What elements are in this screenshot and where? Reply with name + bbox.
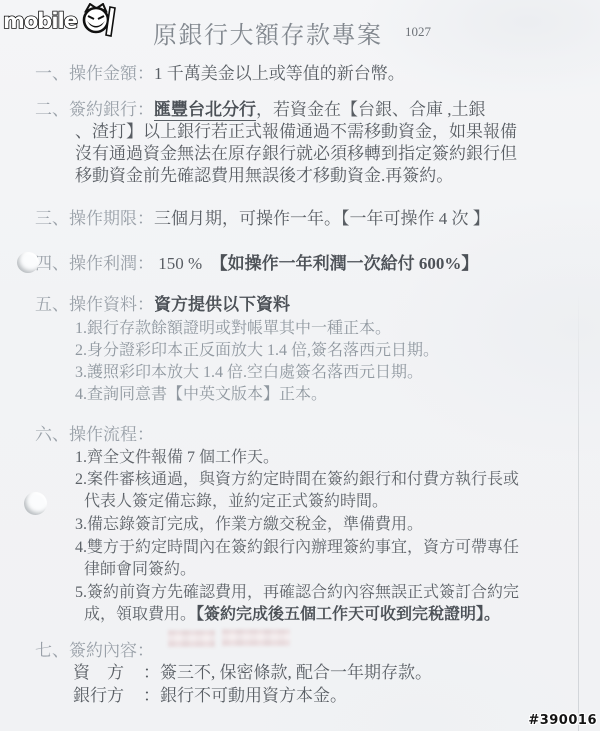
section-7-investor-label: 資 方 xyxy=(73,663,143,683)
mobile01-mascot-icon xyxy=(84,4,115,36)
section-6-step-5-line2: 成，領取費用。【簽約完成後五個工作天可收到完稅證明】。 xyxy=(84,605,500,625)
section-6-step-2-line2: 代表人簽定備忘錄，並約定正式簽約時間。 xyxy=(84,492,388,512)
section-5-intro: 資方提供以下資料 xyxy=(154,295,290,314)
section-7-row-investor: 資 方：簽三不, 保密條款, 配合一年期存款。 xyxy=(73,663,432,683)
section-6-tax-certificate-note: 【簽約完成後五個工作天可收到完稅證明】。 xyxy=(196,606,500,623)
redaction-mosaic-right xyxy=(222,629,290,646)
section-3-operation-period: 三、操作期限：三個月期，可操作一年。【一年可操作 4 次 】 xyxy=(35,209,490,229)
section-6-step-1: 1.齊全文件報備 7 個工作天。 xyxy=(75,448,279,468)
section-5-item-2: 2.身分證彩印本正反面放大 1.4 倍,簽名落西元日期。 xyxy=(75,341,439,361)
mobile01-logo: mobile xyxy=(2,3,120,42)
section-6-heading: 六、操作流程： xyxy=(35,425,154,444)
section-1-content: 1 千萬美金以上或等值的新台幣。 xyxy=(154,64,405,83)
section-2-heading: 二、簽約銀行： xyxy=(35,100,154,119)
section-6-step-3: 3.備忘錄簽訂完成，作業方繳交稅金，準備費用。 xyxy=(75,515,423,535)
section-2-line1-rest: ，若資金在【台銀、合庫 ,土銀 xyxy=(256,100,486,119)
section-5-item-3: 3.護照彩印本放大 1.4 倍.空白處簽名落西元日期。 xyxy=(75,363,423,383)
section-6-operation-process: 六、操作流程： xyxy=(35,425,154,445)
punch-hole-top xyxy=(17,252,39,273)
section-7-heading: 七、簽約內容： xyxy=(35,641,154,660)
section-5-operation-documents: 五、操作資料：資方提供以下資料 xyxy=(35,295,290,315)
scanned-document-page: mobile 原銀行大額存款專案 1027 一、操作金額：1 千萬美金以上或等值… xyxy=(0,0,600,731)
section-2-signing-bank-line1: 二、簽約銀行：匯豐台北分行，若資金在【台銀、合庫 ,土銀 xyxy=(35,100,486,120)
section-4-heading: 四、操作利潤： xyxy=(35,254,154,273)
document-title: 原銀行大額存款專案 xyxy=(153,15,383,50)
section-6-step-2-line1: 2.案件審核通過，與資方約定時間在簽約銀行和付費方執行長或 xyxy=(75,470,519,490)
section-2-bank-name: 匯豐台北分行 xyxy=(154,100,256,121)
section-3-heading: 三、操作期限： xyxy=(35,209,154,228)
section-1-operation-amount: 一、操作金額：1 千萬美金以上或等值的新台幣。 xyxy=(35,64,405,84)
section-3-content: 三個月期，可操作一年。【一年可操作 4 次 】 xyxy=(154,209,490,228)
section-7-row-bank: 銀行方：銀行不可動用資方本金。 xyxy=(73,686,347,706)
section-2-line3: 沒有通過資金無法在原存銀行就必須移轉到指定簽約銀行但 xyxy=(75,144,517,164)
section-4-operation-profit: 四、操作利潤： 150 % 【如操作一年利潤一次給付 600%】 xyxy=(35,254,478,274)
section-7-bank-terms: ：銀行不可動用資方本金。 xyxy=(143,686,347,705)
section-4-bracket-note: 【如操作一年利潤一次給付 600%】 xyxy=(211,254,479,273)
section-7-bank-label: 銀行方 xyxy=(73,686,143,706)
punch-hole-bottom xyxy=(24,492,47,515)
section-2-line4: 移動資金前先確認費用無誤後才移動資金.再簽約。 xyxy=(75,166,453,186)
section-1-heading: 一、操作金額： xyxy=(35,64,154,83)
section-5-item-4: 4.查詢同意書【中英文版本】正本。 xyxy=(75,385,327,405)
section-6-step-4-line1: 4.雙方于約定時間內在簽約銀行內辦理簽約事宜，資方可帶專任 xyxy=(75,538,519,558)
section-6-step-4-line2: 律師會同簽約。 xyxy=(84,560,196,580)
section-5-heading: 五、操作資料： xyxy=(35,295,154,314)
section-4-content: 150 % xyxy=(154,254,211,273)
section-6-step-5-line1: 5.簽約前資方先確認費用，再確認合約內容無誤正式簽訂合約完 xyxy=(75,583,519,603)
section-7-contract-content: 七、簽約內容： xyxy=(35,641,154,661)
section-5-item-1: 1.銀行存款餘額證明或對帳單其中一種正本。 xyxy=(75,319,391,339)
mobile01-logo-graphic: mobile xyxy=(2,3,120,37)
document-number: 1027 xyxy=(405,24,431,40)
paper-edge-shadow xyxy=(578,290,579,731)
mobile01-logo-text: mobile xyxy=(3,9,78,33)
section-2-line2: 、渣打】以上銀行若正式報備通過不需移動資金，如果報備 xyxy=(75,122,517,142)
section-7-investor-terms: ：簽三不, 保密條款, 配合一年期存款。 xyxy=(143,663,432,682)
redaction-mosaic-left xyxy=(168,630,215,647)
post-id-stamp: #390016 xyxy=(528,713,597,728)
section-6-step-5-line2-text: 成，領取費用。 xyxy=(84,606,196,623)
